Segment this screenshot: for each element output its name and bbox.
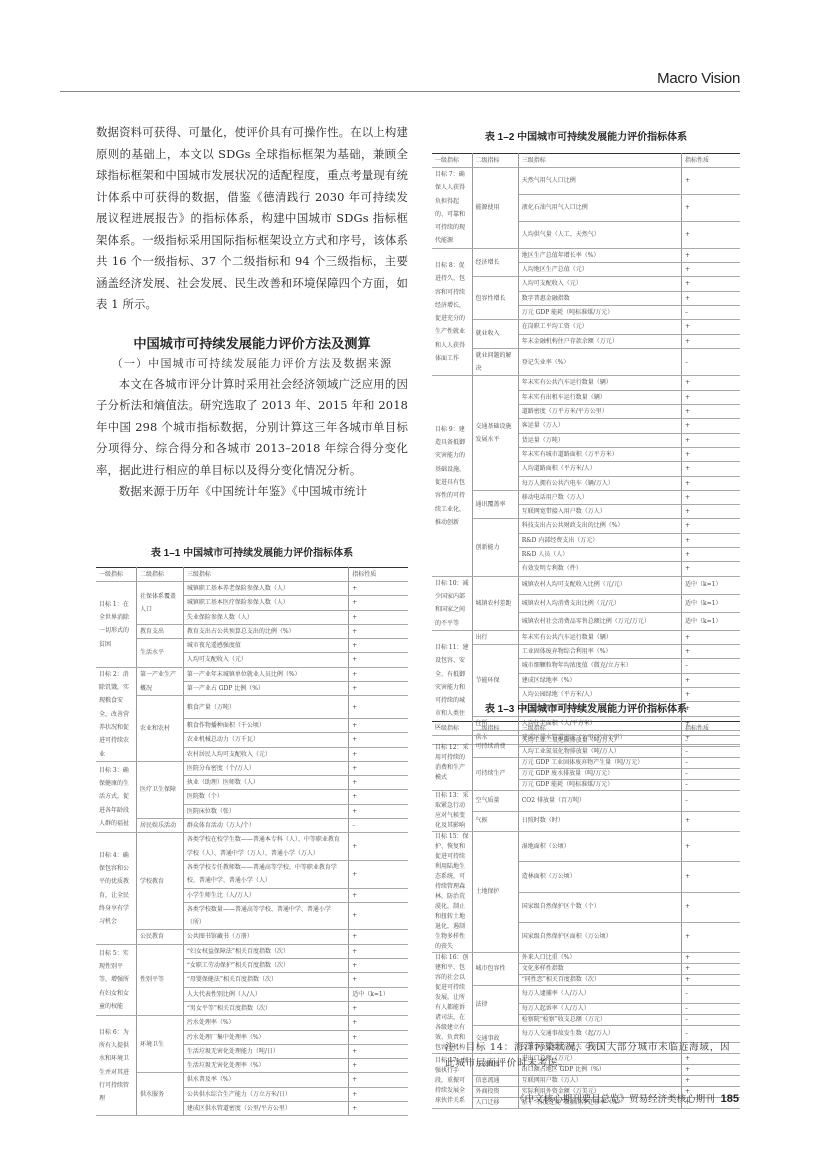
- indicator-nature: +: [681, 277, 740, 291]
- level2-indicator: 可持续消费: [472, 736, 518, 758]
- indicator-nature: +: [349, 667, 408, 681]
- indicator-nature: +: [349, 596, 408, 610]
- level3-indicator: 日照时数（时）: [518, 811, 681, 832]
- table-row: 目标 13：采取紧急行动应对气候变化及其影响空气质量CO2 排放量（百万吨）–: [432, 791, 740, 812]
- indicator-nature: +: [681, 964, 740, 975]
- indicator-nature: –: [681, 1003, 740, 1014]
- level2-indicator: 土地保护: [472, 832, 518, 953]
- level3-indicator: 外来人口比重（%）: [518, 953, 681, 964]
- indicator-nature: –: [681, 348, 740, 376]
- indicator-nature: +: [349, 860, 408, 888]
- indicator-nature: +: [349, 1087, 408, 1101]
- level3-indicator: 粮食作物播种面积（千公顷）: [183, 718, 348, 732]
- indicator-nature: +: [681, 562, 740, 576]
- indicator-nature: +: [681, 645, 740, 659]
- level3-indicator: 建成区绿地率（%）: [518, 673, 681, 687]
- header-rule: [60, 91, 740, 92]
- level3-indicator: 粮食产量（万吨）: [183, 696, 348, 719]
- column-header: 三级指标: [518, 154, 681, 168]
- indicator-nature: +: [681, 476, 740, 490]
- table-row: 气候日照时数（时）+: [432, 811, 740, 832]
- table-1-1: 表 1–1 中国城市可持续发展能力评价指标体系 一级指标二级指标三级指标指标性质…: [96, 544, 408, 1116]
- table-row: 创新能力科技支出占公共财政支出的比例（%）+: [432, 519, 740, 533]
- level1-indicator: 目标 9：建造具备抵御灾害能力的基础设施，促进具有包容性的可持续工业化，推动创新: [432, 376, 472, 576]
- column-header: 指标性质: [681, 154, 740, 168]
- indicator-nature: +: [349, 833, 408, 861]
- indicator-nature: +: [349, 1001, 408, 1015]
- table-row: 目标 2：消除饥饿，实现粮食安全，改善营养状况和促进可持续农业第一产业生产概况第…: [96, 667, 408, 681]
- table-1-2-caption: 表 1–2 中国城市可持续发展能力评价指标体系: [432, 128, 740, 143]
- level3-indicator: 道路密度（万平方米/平方公里）: [518, 405, 681, 419]
- level3-indicator: 文化多样性指数: [518, 964, 681, 975]
- level2-indicator: 性别平等: [137, 944, 184, 1015]
- table-row: 信息流通互联网用户数（万人）+: [432, 1076, 740, 1087]
- level3-indicator: 地区生产总值年增长率（%）: [518, 248, 681, 262]
- indicator-nature: 适中（k=1）: [681, 594, 740, 612]
- indicator-nature: +: [349, 1101, 408, 1115]
- table-row: 生活水平城市夜光遥感强度值+: [96, 639, 408, 653]
- level3-indicator: 教育支出占公共预算总支出的比例（%）: [183, 624, 348, 638]
- column-header: 一级指标: [96, 568, 137, 582]
- indicator-nature: +: [349, 696, 408, 719]
- level3-indicator: 城镇农村人均消费支出比例（元/元）: [518, 594, 681, 612]
- indicator-nature: –: [681, 305, 740, 319]
- indicator-nature: +: [681, 291, 740, 305]
- indicator-nature: +: [681, 505, 740, 519]
- indicator-nature: +: [681, 462, 740, 476]
- indicator-nature: +: [681, 168, 740, 195]
- indicator-nature: +: [349, 1044, 408, 1058]
- indicator-nature: –: [681, 736, 740, 747]
- indicator-nature: +: [681, 862, 740, 892]
- table-1-1-grid: 一级指标二级指标三级指标指标性质目标 1：在全世界消除一切形式的贫困社保体系覆盖…: [96, 567, 408, 1116]
- level3-indicator: 建成区供水管道密度（公里/平方公里）: [183, 1101, 348, 1115]
- level3-indicator: 人均道路面积（平方米/人）: [518, 462, 681, 476]
- level3-indicator: 城镇职工基本养老保险参保人数（人）: [183, 582, 348, 596]
- column-header: 指标性质: [681, 722, 740, 736]
- indicator-nature: +: [349, 653, 408, 667]
- indicator-nature: +: [681, 376, 740, 390]
- level2-indicator: 交通基础设施发展水平: [472, 376, 518, 490]
- level3-indicator: 小学生师生比（人/万人）: [183, 888, 348, 902]
- level3-indicator: “女职工劳动保护”相关百度指数（次）: [183, 959, 348, 973]
- table-row: 居民娱乐活动群众体育活动（万人/个）–: [96, 819, 408, 833]
- level3-indicator: 工业固体废弃物综合利用率（%）: [518, 645, 681, 659]
- indicator-nature: +: [349, 902, 408, 930]
- level3-indicator: 农村居民人均可支配收入（元）: [183, 747, 348, 761]
- indicator-nature: +: [681, 953, 740, 964]
- indicator-nature: +: [681, 263, 740, 277]
- level2-indicator: 空气质量: [472, 791, 518, 812]
- level3-indicator: 公共图书馆藏书（万册）: [183, 930, 348, 944]
- indicator-nature: +: [681, 811, 740, 832]
- level3-indicator: R&D 人员（人）: [518, 548, 681, 562]
- level2-indicator: 包容性增长: [472, 277, 518, 320]
- level2-indicator: 经济增长: [472, 248, 518, 277]
- level3-indicator: 群众体育活动（万人/个）: [183, 819, 348, 833]
- level3-indicator: 生活垃圾无害化处理能力（吨/日）: [183, 1044, 348, 1058]
- table-row: 目标 4：确保包容和公平的优质教育，让全民终身享有学习机会学校教育各类学校在校学…: [96, 833, 408, 861]
- column-header: 三级指标: [183, 568, 348, 582]
- level3-indicator: 执业（助理）医师数（人）: [183, 776, 348, 790]
- indicator-nature: +: [349, 973, 408, 987]
- table-row: 目标 12：采用可持续的消费和生产模式可持续消费人均工业二氧化碳排放量（吨/万人…: [432, 736, 740, 747]
- level3-indicator: 货运量（万吨）: [518, 433, 681, 447]
- level3-indicator: 万元 GDP 废水排放量（吨/万元）: [518, 769, 681, 780]
- level2-indicator: 就业收入: [472, 320, 518, 349]
- level1-indicator: 目标 2：消除饥饿，实现粮食安全，改善营养状况和促进可持续农业: [96, 667, 137, 761]
- table-row: 目标 5：实现性别平等，增强所有妇女和女童的权能性别平等“妇女权益保障法”相关百…: [96, 944, 408, 958]
- indicator-nature: –: [681, 659, 740, 673]
- level3-indicator: 公共供水综合生产能力（万立方米/日）: [183, 1087, 348, 1101]
- level3-indicator: 各类学校在校学生数——普通本专科（人）、中等职业教育学校（人）、普通中学（万人）…: [183, 833, 348, 861]
- indicator-nature: +: [681, 892, 740, 922]
- indicator-nature: +: [349, 1030, 408, 1044]
- column-header: 指标性质: [349, 568, 408, 582]
- page-header: Macro Vision: [60, 70, 740, 92]
- level1-indicator: 目标 3：确保健康的生活方式，促进各年龄段人群的福祉: [96, 761, 137, 832]
- indicator-nature: +: [349, 682, 408, 696]
- indicator-nature: +: [681, 1076, 740, 1087]
- level2-indicator: 第一产业生产概况: [137, 667, 184, 696]
- indicator-nature: +: [349, 1059, 408, 1073]
- level3-indicator: 年末实有出租车运行数量（辆）: [518, 390, 681, 404]
- table-row: 法律每万人逮捕率（人/万人）–: [432, 986, 740, 1004]
- indicator-nature: +: [349, 1073, 408, 1087]
- footer-journal: 《中文核心期刊要目总览》贸易经济类核心期刊: [515, 1094, 715, 1105]
- indicator-nature: +: [681, 922, 740, 952]
- table-note: 注：目标 14：海洋污染状况，我国大部分城市未临近海域，因此城市层面评价时未考虑…: [445, 1040, 740, 1072]
- indicator-nature: +: [349, 761, 408, 775]
- column-header: 一级指标: [432, 722, 472, 736]
- level3-indicator: 万元 GDP 工业固体废弃物产生量（吨/万元）: [518, 758, 681, 769]
- page-number: 185: [721, 1093, 739, 1105]
- level3-indicator: “妇女权益保障法”相关百度指数（次）: [183, 944, 348, 958]
- table-row: 目标 10：减少国家内部和国家之间的不平等城镇农村差距城镇农村人均可支配收入比例…: [432, 576, 740, 594]
- level2-indicator: 能源使用: [472, 168, 518, 249]
- indicator-nature: –: [349, 819, 408, 833]
- level3-indicator: 各类学校专任教师数——普通高等学校、中等职业教育学校、普通中学、普通小学（人）: [183, 860, 348, 888]
- indicator-nature: +: [349, 733, 408, 747]
- level1-indicator: 目标 12：采用可持续的消费和生产模式: [432, 736, 472, 791]
- indicator-nature: +: [349, 582, 408, 596]
- level2-indicator: 居民娱乐活动: [137, 819, 184, 833]
- level3-indicator: 失业保险参保人数（人）: [183, 610, 348, 624]
- level2-indicator: 气候: [472, 811, 518, 832]
- table-row: 教育支出教育支出占公共预算总支出的比例（%）+: [96, 624, 408, 638]
- level2-indicator: 外商投资: [472, 1087, 518, 1098]
- indicator-nature: –: [681, 758, 740, 769]
- column-header: 一级指标: [432, 154, 472, 168]
- level3-indicator: R&D 内部经费支出（万元）: [518, 533, 681, 547]
- indicator-nature: +: [681, 334, 740, 348]
- indicator-nature: +: [681, 533, 740, 547]
- level3-indicator: 城镇职工基本医疗保险参保人数（人）: [183, 596, 348, 610]
- level3-indicator: 医院数（个）: [183, 790, 348, 804]
- indicator-nature: +: [681, 390, 740, 404]
- level2-indicator: 就业问题的解决: [472, 348, 518, 376]
- page-footer: 《中文核心期刊要目总览》贸易经济类核心期刊185: [515, 1091, 739, 1105]
- level2-indicator: 城镇农村差距: [472, 576, 518, 630]
- level3-indicator: 人均供气量（人工、天然气）: [518, 221, 681, 248]
- indicator-nature: +: [349, 610, 408, 624]
- indicator-nature: +: [681, 433, 740, 447]
- indicator-nature: 适中（k=1）: [681, 576, 740, 594]
- column-header: 二级指标: [472, 154, 518, 168]
- level3-indicator: 医院分布密度（个/万人）: [183, 761, 348, 775]
- indicator-nature: +: [681, 490, 740, 504]
- level2-indicator: 供水服务: [137, 1073, 184, 1116]
- level3-indicator: “同性恋”相关百度指数（次）: [518, 975, 681, 986]
- level3-indicator: 污水处理率（%）: [183, 1016, 348, 1030]
- level3-indicator: 年末金融机构住户存款余额（万元）: [518, 334, 681, 348]
- table-row: 公民教育公共图书馆藏书（万册）+: [96, 930, 408, 944]
- level1-indicator: 目标 7：确保人人获得负担得起的、可靠和可持续的现代能源: [432, 168, 472, 249]
- indicator-nature: –: [681, 791, 740, 812]
- table-1-2-grid: 一级指标二级指标三级指标指标性质目标 7：确保人人获得负担得起的、可靠和可持续的…: [432, 153, 740, 745]
- indicator-nature: +: [349, 930, 408, 944]
- indicator-nature: 适中（k=1）: [681, 612, 740, 630]
- level3-indicator: 国家级自然保护区个数（个）: [518, 892, 681, 922]
- level3-indicator: 登记失业率（%）: [518, 348, 681, 376]
- indicator-nature: +: [681, 221, 740, 248]
- column-header: 三级指标: [518, 722, 681, 736]
- table-row: 目标 11：建设包容、安全、有抵御灾害能力和可持续的城市和人类住区出行年末实有公…: [432, 630, 740, 644]
- level3-indicator: 人均可支配收入（元）: [518, 277, 681, 291]
- level1-indicator: 目标 6：为所有人提供水和环境卫生并对其进行可持续管理: [96, 1016, 137, 1116]
- level3-indicator: 年末实有公共汽车运行数量（辆）: [518, 376, 681, 390]
- table-row: 就业问题的解决登记失业率（%）–: [432, 348, 740, 376]
- indicator-nature: +: [681, 519, 740, 533]
- table-row: 节能环保工业固体废弃物综合利用率（%）+: [432, 645, 740, 659]
- level2-indicator: 创新能力: [472, 519, 518, 576]
- level1-indicator: 目标 10：减少国家内部和国家之间的不平等: [432, 576, 472, 630]
- level3-indicator: 互联网宽带接入用户数（万人）: [518, 505, 681, 519]
- level3-indicator: 有效发明专利数（件）: [518, 562, 681, 576]
- level3-indicator: 供水普及率（%）: [183, 1073, 348, 1087]
- indicator-nature: 适中（k=1）: [349, 987, 408, 1001]
- table-row: 包容性增长人均可支配收入（元）+: [432, 277, 740, 291]
- level3-indicator: “男女平等”相关百度指数（次）: [183, 1001, 348, 1015]
- source-paragraph: 数据来源于历年《中国统计年鉴》《中国城市统计: [96, 481, 408, 503]
- table-row: 目标 15：保护、恢复和促进可持续利用陆地生态系统，可持续管理森林，防治荒漠化，…: [432, 832, 740, 862]
- indicator-nature: +: [349, 1016, 408, 1030]
- level1-indicator: 目标 8：促进持久、包容和可持续经济增长，促进充分的生产性就业和人人获得体面工作: [432, 248, 472, 376]
- level3-indicator: CO2 排放量（百万吨）: [518, 791, 681, 812]
- level3-indicator: 每万人拥有公共汽电车（辆/万人）: [518, 476, 681, 490]
- table-row: 农业和农村粮食产量（万吨）+: [96, 696, 408, 719]
- level3-indicator: 数字普惠金融指数: [518, 291, 681, 305]
- indicator-nature: –: [681, 747, 740, 758]
- level1-indicator: 目标 1：在全世界消除一切形式的贫困: [96, 582, 137, 668]
- level2-indicator: 学校教育: [137, 833, 184, 930]
- level3-indicator: 液化石油气用气人口比例: [518, 194, 681, 221]
- table-row: 就业收入在岗职工平均工资（元）+: [432, 320, 740, 334]
- indicator-nature: –: [681, 986, 740, 1004]
- level2-indicator: 信息流通: [472, 1076, 518, 1087]
- indicator-nature: +: [681, 194, 740, 221]
- level3-indicator: 医院床位数（张）: [183, 804, 348, 818]
- level3-indicator: “母婴保健法”相关百度指数（次）: [183, 973, 348, 987]
- level3-indicator: 城镇农村人均可支配收入比例（元/元）: [518, 576, 681, 594]
- level3-indicator: 国家级自然保护区面积（万公顷）: [518, 922, 681, 952]
- level3-indicator: 城镇农村社会消费品零售总额比例（万元/万元）: [518, 612, 681, 630]
- table-row: 目标 16：创建和平、包容的社会以促进可持续发展，让所有人都能诉诸司法，在各级建…: [432, 953, 740, 964]
- table-1-2: 表 1–2 中国城市可持续发展能力评价指标体系 一级指标二级指标三级指标指标性质…: [432, 128, 740, 745]
- level3-indicator: 客运量（万人）: [518, 419, 681, 433]
- indicator-nature: +: [349, 624, 408, 638]
- indicator-nature: –: [681, 1014, 740, 1025]
- indicator-nature: +: [349, 776, 408, 790]
- level1-indicator: 目标 4：确保包容和公平的优质教育，让全民终身享有学习机会: [96, 833, 137, 944]
- method-paragraph: 本文在各城市评分计算时采用社会经济领域广泛应用的因子分析法和熵值法。研究选取了 …: [96, 374, 408, 482]
- level3-indicator: 人均工业氮氧化物排放量（吨/万人）: [518, 747, 681, 758]
- level2-indicator: 可持续生产: [472, 758, 518, 791]
- indicator-nature: +: [681, 975, 740, 986]
- level3-indicator: 人均可支配收入（元）: [183, 653, 348, 667]
- column-header: 二级指标: [137, 568, 184, 582]
- level2-indicator: 生活水平: [137, 639, 184, 668]
- level3-indicator: 互联网用户数（万人）: [518, 1076, 681, 1087]
- indicator-nature: +: [681, 673, 740, 687]
- level3-indicator: 城市细颗粒物年均浓度值（微克/立方米）: [518, 659, 681, 673]
- level3-indicator: 城市夜光遥感强度值: [183, 639, 348, 653]
- indicator-nature: +: [349, 747, 408, 761]
- indicator-nature: +: [681, 630, 740, 644]
- level2-indicator: 出行: [472, 630, 518, 644]
- level3-indicator: 在岗职工平均工资（元）: [518, 320, 681, 334]
- indicator-nature: +: [349, 639, 408, 653]
- level3-indicator: 科技支出占公共财政支出的比例（%）: [518, 519, 681, 533]
- table-row: 通讯覆盖率移动电话用户数（万人）+: [432, 490, 740, 504]
- level1-indicator: 目标 5：实现性别平等，增强所有妇女和女童的权能: [96, 944, 137, 1015]
- indicator-nature: +: [681, 248, 740, 262]
- table-row: 供水服务供水普及率（%）+: [96, 1073, 408, 1087]
- column-header: 二级指标: [472, 722, 518, 736]
- table-row: 目标 6：为所有人提供水和环境卫生并对其进行可持续管理环境卫生污水处理率（%）+: [96, 1016, 408, 1030]
- indicator-nature: +: [681, 320, 740, 334]
- table-row: 目标 1：在全世界消除一切形式的贫困社保体系覆盖人口城镇职工基本养老保险参保人数…: [96, 582, 408, 596]
- level3-indicator: 人均工业二氧化碳排放量（吨/万人）: [518, 736, 681, 747]
- level2-indicator: 公民教育: [137, 930, 184, 944]
- level3-indicator: 万元 GDP 能耗（吨标准煤/万元）: [518, 305, 681, 319]
- table-row: 目标 8：促进持久、包容和可持续经济增长，促进充分的生产性就业和人人获得体面工作…: [432, 248, 740, 262]
- indicator-nature: +: [349, 888, 408, 902]
- level3-indicator: 每万人逮捕率（人/万人）: [518, 986, 681, 1004]
- level1-indicator: 目标 16：创建和平、包容的社会以促进可持续发展，让所有人都能诉诸司法，在各级建…: [432, 953, 472, 1054]
- indicator-nature: +: [681, 447, 740, 461]
- level1-indicator: 目标 15：保护、恢复和促进可持续利用陆地生态系统，可持续管理森林，防治荒漠化，…: [432, 832, 472, 953]
- level3-indicator: 造林面积（万公顷）: [518, 862, 681, 892]
- level2-indicator: 医疗卫生保障: [137, 761, 184, 818]
- intro-paragraph: 数据资料可获得、可量化，使评价具有可操作性。在以上构建原则的基础上，本文以 SD…: [96, 122, 408, 316]
- level3-indicator: 每万人起诉率（人/万人）: [518, 1003, 681, 1014]
- indicator-nature: +: [349, 790, 408, 804]
- indicator-nature: –: [681, 780, 740, 791]
- indicator-nature: –: [681, 769, 740, 780]
- level3-indicator: 生活垃圾无害化处理率（%）: [183, 1059, 348, 1073]
- level1-indicator: 目标 13：采取紧急行动应对气候变化及其影响: [432, 791, 472, 832]
- level2-indicator: 社保体系覆盖人口: [137, 582, 184, 625]
- level3-indicator: 人均地区生产总值（元）: [518, 263, 681, 277]
- subsection-title: （一）中国城市可持续发展能力评价方法及数据来源: [96, 354, 408, 374]
- table-row: 目标 9：建造具备抵御灾害能力的基础设施，促进具有包容性的可持续工业化，推动创新…: [432, 376, 740, 390]
- section-title: 中国城市可持续发展能力评价方法及测算: [96, 334, 408, 354]
- indicator-nature: +: [349, 804, 408, 818]
- table-1-1-caption: 表 1–1 中国城市可持续发展能力评价指标体系: [96, 544, 408, 559]
- table-1-3-caption: 表 1–3 中国城市可持续发展能力评价指标体系: [432, 700, 740, 715]
- level3-indicator: 移动电话用户数（万人）: [518, 490, 681, 504]
- indicator-nature: +: [349, 718, 408, 732]
- left-column: 数据资料可获得、可量化，使评价具有可操作性。在以上构建原则的基础上，本文以 SD…: [96, 122, 408, 503]
- indicator-nature: +: [349, 944, 408, 958]
- level3-indicator: 万元 GDP 能耗（吨标准煤/万元）: [518, 780, 681, 791]
- level2-indicator: 通讯覆盖率: [472, 490, 518, 519]
- indicator-nature: +: [349, 959, 408, 973]
- level3-indicator: 第一产业年末城镇单位就业人员比例（%）: [183, 667, 348, 681]
- level3-indicator: 检察院“检察”收支总额（万元）: [518, 1014, 681, 1025]
- table-row: 可持续生产万元 GDP 工业固体废弃物产生量（吨/万元）–: [432, 758, 740, 769]
- level3-indicator: 第一产业占 GDP 比例（%）: [183, 682, 348, 696]
- journal-section-title: Macro Vision: [657, 70, 740, 87]
- level3-indicator: 年末实有城市道路面积（万平方米）: [518, 447, 681, 461]
- level3-indicator: 湿地面积（公顷）: [518, 832, 681, 862]
- table-row: 目标 7：确保人人获得负担得起的、可靠和可持续的现代能源能源使用天然气用气人口比…: [432, 168, 740, 195]
- level3-indicator: 污水处理厂集中处理率（%）: [183, 1030, 348, 1044]
- indicator-nature: +: [681, 548, 740, 562]
- indicator-nature: +: [681, 419, 740, 433]
- level2-indicator: 农业和农村: [137, 696, 184, 761]
- level3-indicator: 农业机械总动力（万千瓦）: [183, 733, 348, 747]
- level3-indicator: 各类学校数量——普通高等学校、普通中学、普通小学（所）: [183, 902, 348, 930]
- level3-indicator: 天然气用气人口比例: [518, 168, 681, 195]
- indicator-nature: +: [681, 405, 740, 419]
- level3-indicator: 人大代表性别比例（人/人）: [183, 987, 348, 1001]
- level2-indicator: 城市包容性: [472, 953, 518, 986]
- indicator-nature: +: [681, 832, 740, 862]
- level2-indicator: 教育支出: [137, 624, 184, 638]
- level2-indicator: 人口迁移: [472, 1098, 518, 1109]
- level2-indicator: 环境卫生: [137, 1016, 184, 1073]
- level3-indicator: 年末实有公共汽车运行数量（辆）: [518, 630, 681, 644]
- table-row: 目标 3：确保健康的生活方式，促进各年龄段人群的福祉医疗卫生保障医院分布密度（个…: [96, 761, 408, 775]
- level2-indicator: 法律: [472, 986, 518, 1026]
